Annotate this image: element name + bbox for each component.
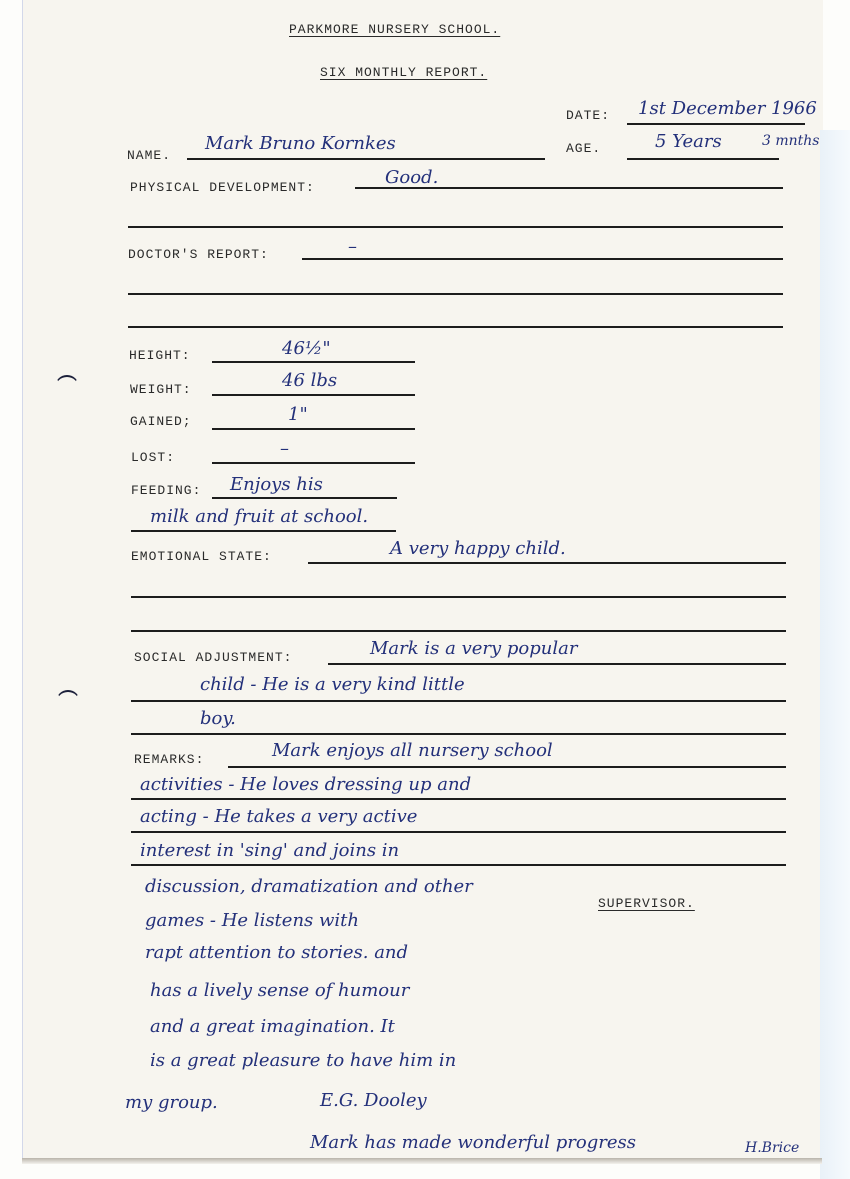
date-label: DATE: xyxy=(566,108,610,123)
emotional-state-line xyxy=(308,562,786,564)
footer-note: Mark has made wonderful progress xyxy=(310,1132,636,1153)
age-line xyxy=(627,158,779,160)
report-title: SIX MONTHLY REPORT. xyxy=(320,65,487,80)
remarks-line-2: activities - He loves dressing up and xyxy=(140,774,471,795)
gained-label: GAINED; xyxy=(130,414,192,429)
feeding-value-line-2: milk and fruit at school. xyxy=(150,506,368,527)
doctors-report-line xyxy=(302,258,783,260)
supervisor-signature: E.G. Dooley xyxy=(320,1090,427,1111)
ruled-line xyxy=(131,831,786,833)
height-label: HEIGHT: xyxy=(129,348,191,363)
scan-background xyxy=(820,130,850,1179)
gained-value: 1" xyxy=(288,404,308,425)
height-line xyxy=(212,361,415,363)
paper-bottom-edge xyxy=(22,1158,822,1164)
weight-line xyxy=(212,394,415,396)
physical-development-value: Good. xyxy=(385,167,438,188)
remarks-line-7: rapt attention to stories. and xyxy=(145,942,408,963)
remarks-line-10: is a great pleasure to have him in xyxy=(150,1050,456,1071)
lost-value: – xyxy=(280,438,289,459)
social-adjustment-label: SOCIAL ADJUSTMENT: xyxy=(134,650,292,665)
emotional-state-value: A very happy child. xyxy=(390,538,566,559)
ruled-line xyxy=(131,700,786,702)
lost-line xyxy=(212,462,415,464)
doctors-report-label: DOCTOR'S REPORT: xyxy=(128,247,269,262)
weight-value: 46 lbs xyxy=(282,370,337,391)
name-value: Mark Bruno Kornkes xyxy=(205,133,396,154)
social-adjustment-value-3: boy. xyxy=(200,708,236,729)
feeding-line xyxy=(212,497,397,499)
feeding-label: FEEDING: xyxy=(131,483,201,498)
ruled-line xyxy=(128,326,783,328)
remarks-line-11: my group. xyxy=(125,1092,218,1113)
remarks-line-1: Mark enjoys all nursery school xyxy=(272,740,553,761)
height-value: 46½" xyxy=(282,338,331,359)
remarks-line-5: discussion, dramatization and other xyxy=(145,876,473,897)
age-value: 5 Years xyxy=(655,131,722,152)
remarks-line-4: interest in 'sing' and joins in xyxy=(140,840,399,861)
ruled-line xyxy=(131,596,786,598)
remarks-line xyxy=(228,766,786,768)
ruled-line xyxy=(128,226,783,228)
school-name: PARKMORE NURSERY SCHOOL. xyxy=(289,22,500,37)
lost-label: LOST: xyxy=(131,450,175,465)
ruled-line xyxy=(131,630,786,632)
ruled-line xyxy=(131,798,786,800)
name-label: NAME. xyxy=(127,148,171,163)
remarks-label: REMARKS: xyxy=(134,752,204,767)
footer-signature: H.Brice xyxy=(745,1140,799,1156)
feeding-line-2 xyxy=(131,530,396,532)
date-line xyxy=(627,123,805,125)
remarks-line-9: and a great imagination. It xyxy=(150,1016,395,1037)
remarks-line-3: acting - He takes a very active xyxy=(140,806,417,827)
age-months: 3 mnths xyxy=(762,133,819,149)
doctors-report-value: – xyxy=(348,236,357,257)
punch-hole-icon xyxy=(56,690,80,714)
physical-development-label: PHYSICAL DEVELOPMENT: xyxy=(130,180,315,195)
ruled-line xyxy=(128,293,783,295)
supervisor-label: SUPERVISOR. xyxy=(598,896,695,911)
remarks-line-8: has a lively sense of humour xyxy=(150,980,409,1001)
social-adjustment-line xyxy=(328,663,786,665)
social-adjustment-value-1: Mark is a very popular xyxy=(370,638,577,659)
date-value: 1st December 1966 xyxy=(638,98,817,119)
gained-line xyxy=(212,428,415,430)
name-line xyxy=(187,158,545,160)
age-label: AGE. xyxy=(566,141,601,156)
punch-hole-icon xyxy=(55,375,79,399)
remarks-line-6: games - He listens with xyxy=(145,910,359,931)
feeding-value-line-1: Enjoys his xyxy=(230,474,323,495)
ruled-line xyxy=(131,864,786,866)
emotional-state-label: EMOTIONAL STATE: xyxy=(131,549,272,564)
ruled-line xyxy=(131,733,786,735)
social-adjustment-value-2: child - He is a very kind little xyxy=(200,674,465,695)
weight-label: WEIGHT: xyxy=(130,382,192,397)
